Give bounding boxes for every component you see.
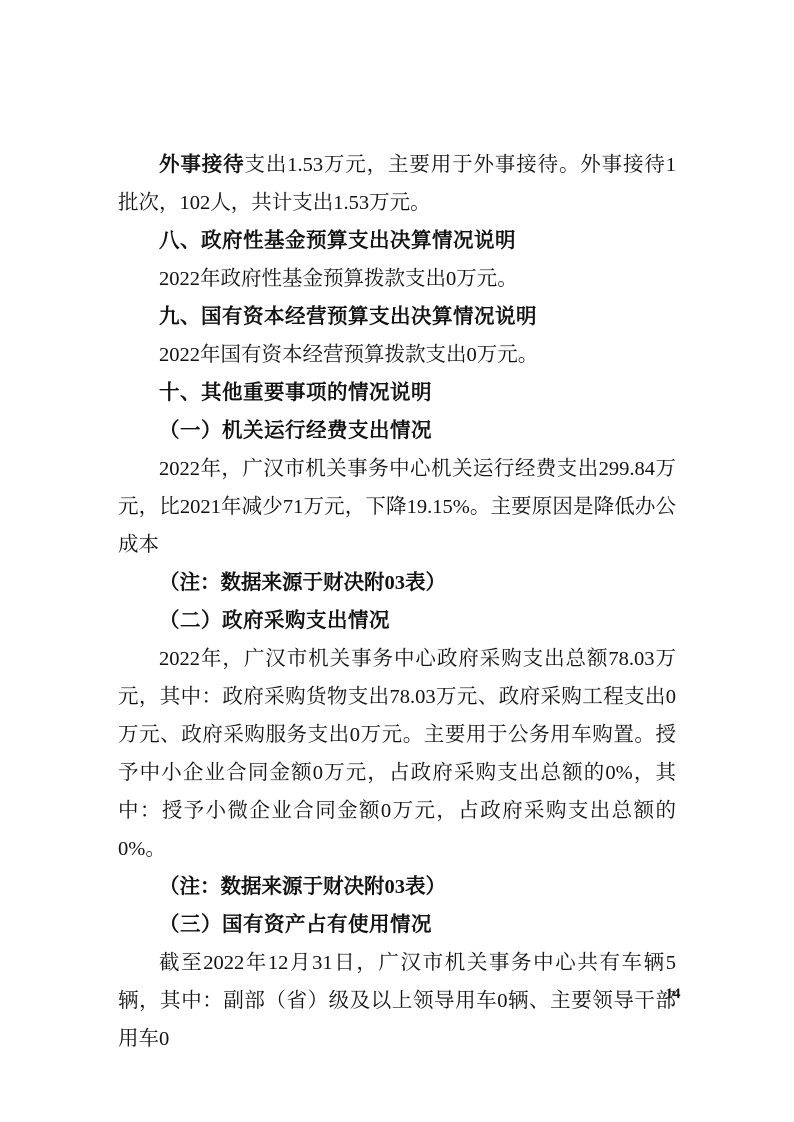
paragraph-operating-expenses: 2022年，广汉市机关事务中心机关运行经费支出299.84万元，比2021年减少… <box>118 450 676 564</box>
page-number: 14 <box>656 986 690 1003</box>
document-body: 外事接待支出1.53万元，主要用于外事接待。外事接待1批次，102人，共计支出1… <box>118 146 676 1058</box>
paragraph-government-fund-budget: 2022年政府性基金预算拨款支出0万元。 <box>118 260 676 298</box>
note-data-source-2: （注：数据来源于财决附03表） <box>118 868 676 906</box>
paragraph-foreign-reception-bold-lead: 外事接待 <box>159 154 244 176</box>
paragraph-state-capital-budget: 2022年国有资本经营预算拨款支出0万元。 <box>118 336 676 374</box>
heading-section-8-government-fund-budget: 八、政府性基金预算支出决算情况说明 <box>118 222 676 260</box>
subheading-10-2-government-procurement: （二）政府采购支出情况 <box>118 602 676 640</box>
heading-section-9-state-capital-budget: 九、国有资本经营预算支出决算情况说明 <box>118 298 676 336</box>
paragraph-government-procurement: 2022年，广汉市机关事务中心政府采购支出总额78.03万元，其中：政府采购货物… <box>118 640 676 868</box>
paragraph-foreign-reception: 外事接待支出1.53万元，主要用于外事接待。外事接待1批次，102人，共计支出1… <box>118 146 676 222</box>
document-page: 外事接待支出1.53万元，主要用于外事接待。外事接待1批次，102人，共计支出1… <box>0 0 794 1122</box>
note-data-source-1: （注：数据来源于财决附03表） <box>118 564 676 602</box>
paragraph-state-assets-vehicles: 截至2022年12月31日，广汉市机关事务中心共有车辆5辆，其中：副部（省）级及… <box>118 944 676 1058</box>
subheading-10-3-state-assets-usage: （三）国有资产占有使用情况 <box>118 906 676 944</box>
subheading-10-1-operating-expenses: （一）机关运行经费支出情况 <box>118 412 676 450</box>
heading-section-10-other-important-matters: 十、其他重要事项的情况说明 <box>118 374 676 412</box>
